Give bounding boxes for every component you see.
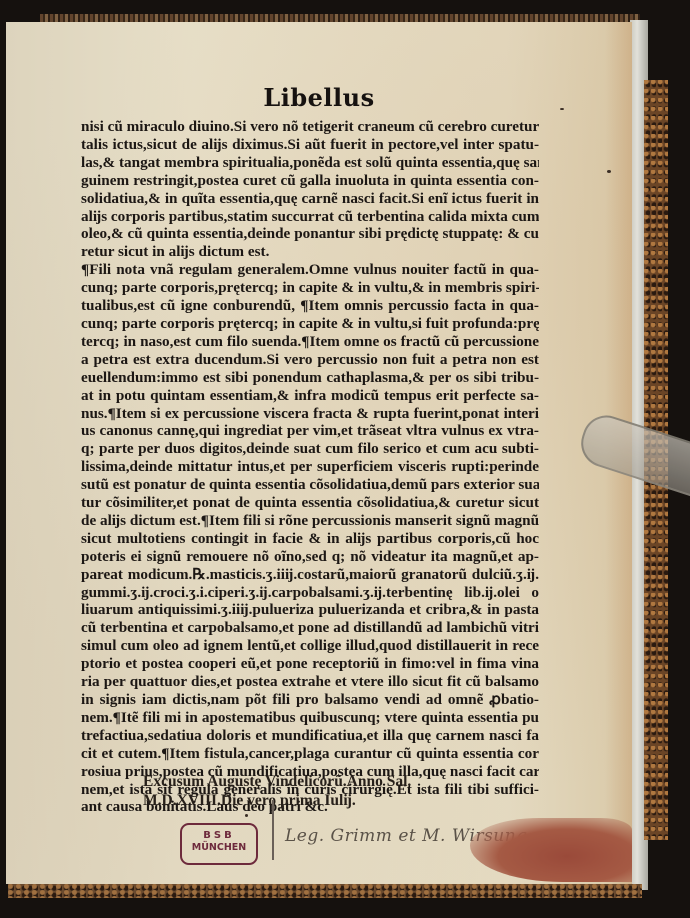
stamp-line-2: MÜNCHEN [182,842,256,854]
colophon: Excusum Augustę Vindelicorũ.Anno Sal. M.… [143,773,411,810]
text-line: simul cum oleo ad ignem lentũ,et collige… [81,637,539,655]
text-line: alĳs corporis partibus,statim succurrat … [81,208,539,226]
text-line: retur sicut in alĳs dictum est. [81,243,539,261]
stamp-line-1: BSB [182,830,256,842]
text-line: cit et cutem.¶Item fistula,cancer,plaga … [81,745,539,763]
text-line: at in potu quintam essentiam,& infra mod… [81,387,539,405]
text-line: tualibus,est cũ igne conburendũ, ¶Item o… [81,297,539,315]
paper-speck [607,170,611,173]
text-line: ¶Fili nota vnã regulam generalem.Omne vu… [81,261,539,279]
text-line: us canonus cannę,qui ingrediat per vim,e… [81,422,539,440]
text-line: talis ictus,sicut de alĳs diximus.Si aũt… [81,136,539,154]
text-line: ptorio et postea cooperi eũ,et pone rece… [81,655,539,673]
colophon-line: Excusum Augustę Vindelicorũ.Anno Sal. [143,773,411,792]
marbled-board-bottom [8,884,642,898]
library-stamp: BSB MÜNCHEN [180,823,258,865]
text-line: de alĳs dictum est.¶Item fili si rõne pe… [81,512,539,530]
text-line: lissima,deinde mittatur intus,et per sup… [81,458,539,476]
paper-speck [245,814,248,817]
text-line: cũ terbentina et carpobalsamo,et pone ad… [81,619,539,637]
text-line: gummi.ʒ.ĳ.croci.ʒ.i.ciperi.ʒ.ĳ.carpobals… [81,584,539,602]
text-line: tercq; in naso,est cum filo suenda.¶Item… [81,333,539,351]
text-line: nisi cũ miraculo diuino.Si vero nõ tetig… [81,118,539,136]
text-line: tur cõsimiliter,et ponat de quinta essen… [81,494,539,512]
text-line: sicut multotiens contingit in facie & in… [81,530,539,548]
colophon-line: M.D.XVIII.Die vero prima Iulĳ. [143,792,411,811]
text-line: nus.¶Item si ex percussione viscera frac… [81,405,539,423]
paper-speck [560,108,564,110]
text-line: oleo,& cũ quinta essentia,deinde ponantu… [81,225,539,243]
text-line: in signis iam dictis,nam põt fili pro ba… [81,691,539,709]
text-line: pareat modicum.℞.masticis.ʒ.iiĳ.costarũ,… [81,566,539,584]
running-header: Libellus [6,83,632,112]
text-line: q; parte per duos digitos,deinde suat cu… [81,440,539,458]
text-line: las,& tangat membra spiritualia,ponẽda e… [81,154,539,172]
text-line: cunq; parte corporis,prętercq; in capite… [81,279,539,297]
text-line: sutũ est ponatur de quinta essentia cõso… [81,476,539,494]
body-text: nisi cũ miraculo diuino.Si vero nõ tetig… [81,118,539,816]
text-line: guinem restringit,postea curet cũ galla … [81,172,539,190]
pencil-divider [272,800,274,860]
text-line: euellendum:immo est sibi ponendum cathap… [81,369,539,387]
text-line: solidatiua,& in quĩta essentia,quę carnẽ… [81,190,539,208]
text-line: nem.¶Itẽ fili mi in apostematibus quibus… [81,709,539,727]
text-line: cunq; parte corporis prętercq; in capite… [81,315,539,333]
text-line: a petra est extra ducendum.Si vero percu… [81,351,539,369]
text-line: liuarum antiquissimi.ʒ.iiĳ.pulueriza pul… [81,601,539,619]
text-line: ria per quattuor dies,et postea extrahe … [81,673,539,691]
text-line: poteris ei signũ remouere nõ oĩno,sed q;… [81,548,539,566]
text-line: trefactiua,sedatiua doloris et mundifica… [81,727,539,745]
